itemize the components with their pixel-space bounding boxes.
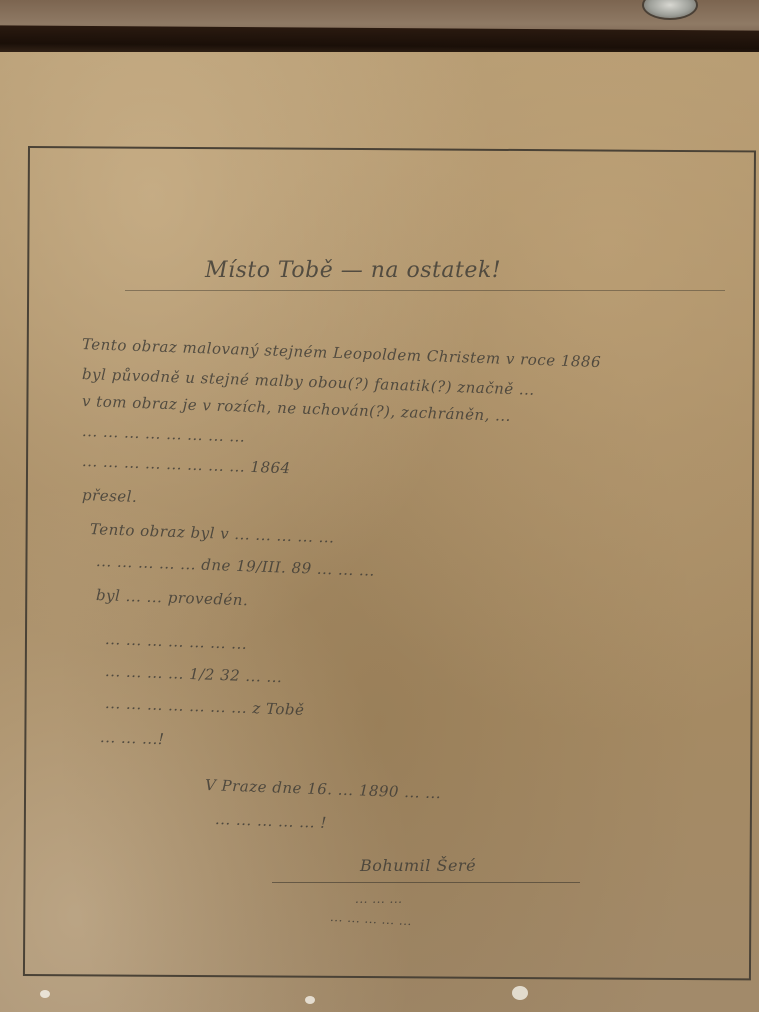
signature-rule [272,882,580,883]
glass-glare [512,986,528,1000]
glass-glare [40,990,50,998]
title-underline [125,290,725,291]
body-line: přesel. [82,486,138,506]
body-line: ... ... ...! [100,728,165,748]
closing-line: ... ... ... ... ... ! [215,810,327,832]
signature: Bohumil Šeré [360,856,476,875]
signature-note: ... ... ... [355,892,402,906]
glass-glare [305,996,315,1004]
document-title: Místo Tobě — na ostatek! [205,258,501,283]
